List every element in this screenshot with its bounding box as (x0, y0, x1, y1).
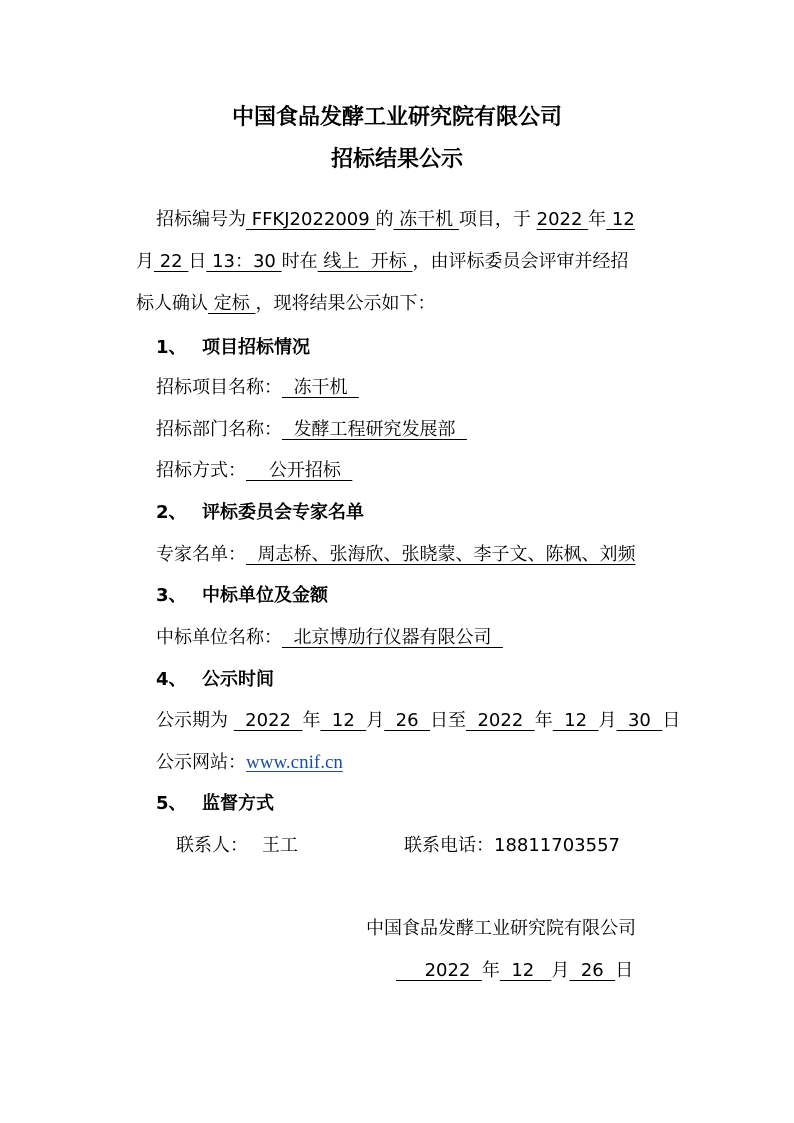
section-title: 项目招标情况 (202, 337, 310, 358)
unit-text: 月 (551, 960, 569, 981)
intro-text: 年 (588, 209, 606, 230)
field-label: 联系人： (176, 835, 248, 856)
unit-text: 日 (615, 960, 633, 981)
website-link[interactable]: www.cnif.cn (246, 752, 343, 773)
field-label: 中标单位名称： (156, 627, 282, 648)
section-heading-3: 3、中标单位及金额 (156, 584, 328, 608)
contact-phone: 18811703557 (494, 835, 620, 856)
project-dept-row: 招标部门名称： 发酵工程研究发展部 (156, 418, 467, 442)
bid-result: 定标 (208, 293, 255, 314)
end-month: 12 (553, 710, 599, 731)
bid-year: 2022 (537, 209, 589, 230)
intro-text: 招标编号为 (156, 209, 246, 230)
intro-text: 月 (136, 251, 154, 272)
bid-number: FFKJ2022009 (246, 209, 375, 230)
section-title: 公示时间 (202, 669, 274, 690)
intro-text: 项目，于 (459, 209, 537, 230)
contact-name: 王工 (262, 835, 298, 856)
section-number: 5、 (156, 792, 202, 816)
section-heading-1: 1、项目招标情况 (156, 336, 310, 360)
intro-text: 的 (375, 209, 393, 230)
intro-text: 日 (188, 251, 206, 272)
unit-text: 日 (662, 710, 680, 731)
bid-item: 冻干机 (393, 209, 458, 230)
intro-line-3: 标人确认 定标 ，现将结果公示如下： (136, 292, 435, 316)
phone-row: 联系电话：18811703557 (404, 834, 620, 858)
field-label: 公示期为 (156, 710, 234, 731)
winner-value: 北京博劢行仪器有限公司 (282, 627, 503, 648)
intro-text: 标人确认 (136, 293, 208, 314)
start-month: 12 (320, 710, 366, 731)
unit-text: 年 (482, 960, 500, 981)
field-label: 专家名单： (156, 544, 246, 565)
publicity-period-row: 公示期为 2022 年 12 月 26 日至 2022 年 12 月 30 日 (156, 709, 680, 733)
intro-line-1: 招标编号为 FFKJ2022009 的 冻干机 项目，于 2022 年 12 (156, 208, 635, 232)
intro-text: ，现将结果公示如下： (255, 293, 435, 314)
signature-org: 中国食品发酵工业研究院有限公司 (366, 917, 636, 941)
section-title: 中标单位及金额 (202, 585, 328, 606)
start-year: 2022 (234, 710, 303, 731)
experts-value: 周志桥、张海欣、张晓蒙、李子文、陈枫、刘频 (246, 544, 635, 565)
section-number: 3、 (156, 584, 202, 608)
section-number: 2、 (156, 501, 202, 525)
document-title: 中国食品发酵工业研究院有限公司 (0, 104, 794, 132)
document-subtitle: 招标结果公示 (0, 146, 794, 174)
unit-text: 年 (302, 710, 320, 731)
bid-month: 12 (606, 209, 635, 230)
project-name-row: 招标项目名称： 冻干机 (156, 376, 359, 400)
field-label: 招标项目名称： (156, 377, 282, 398)
field-label: 公示网站： (156, 752, 246, 773)
section-heading-4: 4、公示时间 (156, 668, 274, 692)
winner-row: 中标单位名称： 北京博劢行仪器有限公司 (156, 626, 503, 650)
project-name-value: 冻干机 (282, 377, 359, 398)
unit-text: 月 (366, 710, 384, 731)
field-label: 联系电话： (404, 835, 494, 856)
field-label: 招标方式： (156, 460, 246, 481)
section-number: 1、 (156, 336, 202, 360)
unit-text: 月 (599, 710, 617, 731)
bid-time: 13：30 (206, 251, 281, 272)
field-label: 招标部门名称： (156, 419, 282, 440)
section-title: 监督方式 (202, 793, 274, 814)
signature-year: 2022 (396, 960, 482, 981)
signature-day: 26 (569, 960, 615, 981)
section-heading-2: 2、评标委员会专家名单 (156, 501, 364, 525)
publicity-website-row: 公示网站：www.cnif.cn (156, 751, 343, 775)
signature-date: 2022 年 12 月 26 日 (396, 959, 633, 983)
unit-text: 日至 (430, 710, 466, 731)
intro-line-2: 月 22 日 13：30 时在 线上 开标 ，由评标委员会评审并经招 (136, 250, 629, 274)
project-method-value: 公开招标 (246, 460, 352, 481)
contact-row: 联系人：王工 (176, 834, 298, 858)
end-day: 30 (617, 710, 663, 731)
project-method-row: 招标方式： 公开招标 (156, 459, 352, 483)
section-number: 4、 (156, 668, 202, 692)
unit-text: 年 (535, 710, 553, 731)
bid-location: 线上 开标 (318, 251, 413, 272)
end-year: 2022 (466, 710, 535, 731)
section-title: 评标委员会专家名单 (202, 502, 364, 523)
start-day: 26 (384, 710, 430, 731)
signature-month: 12 (500, 960, 552, 981)
section-heading-5: 5、监督方式 (156, 792, 274, 816)
project-dept-value: 发酵工程研究发展部 (282, 419, 467, 440)
intro-text: 时在 (282, 251, 318, 272)
intro-text: ，由评标委员会评审并经招 (413, 251, 629, 272)
experts-row: 专家名单： 周志桥、张海欣、张晓蒙、李子文、陈枫、刘频 (156, 543, 635, 567)
bid-day: 22 (154, 251, 188, 272)
